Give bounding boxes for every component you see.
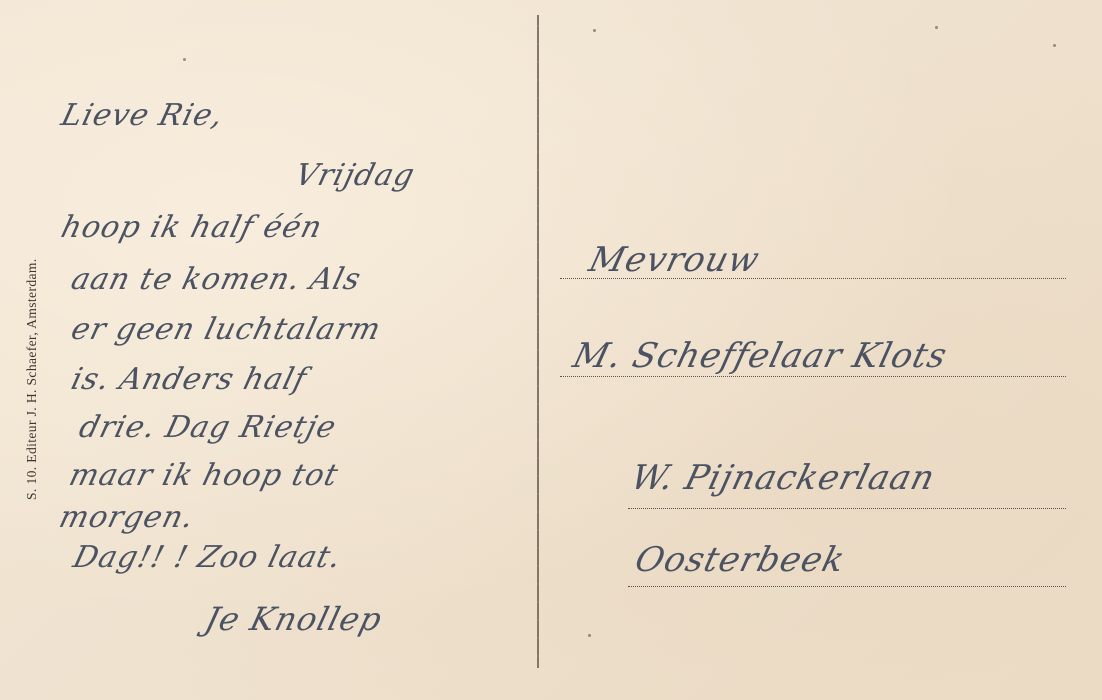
- address-dotted-line: [628, 586, 1066, 587]
- message-line: aan te komen. Als: [68, 262, 365, 297]
- message-line: morgen.: [56, 500, 198, 535]
- address-line-name: M. Scheffelaar Klots: [569, 336, 951, 376]
- address-line-salutation: Mevrouw: [585, 240, 764, 280]
- paper-speck: [183, 58, 186, 61]
- message-line: hoop ik half één: [58, 210, 326, 245]
- message-line: maar ik hoop tot: [66, 458, 342, 493]
- message-line: Dag!! ! Zoo laat.: [70, 540, 346, 575]
- message-line: Lieve Rie,: [58, 98, 228, 133]
- paper-speck: [1053, 44, 1056, 47]
- message-line: Vrijdag: [292, 158, 419, 193]
- message-line: is. Anders half: [68, 362, 311, 397]
- paper-speck: [593, 29, 596, 32]
- message-line: er geen luchtalarm: [68, 312, 385, 347]
- signature: Je Knollep: [201, 600, 386, 638]
- paper-speck: [588, 634, 591, 637]
- address-dotted-line: [560, 376, 1066, 377]
- address-dotted-line: [628, 508, 1066, 509]
- paper-speck: [935, 26, 938, 29]
- publisher-imprint: S. 10. Editeur J. H. Schaefer, Amsterdam…: [24, 60, 44, 500]
- postcard-back: S. 10. Editeur J. H. Schaefer, Amsterdam…: [0, 0, 1102, 700]
- address-line-city: Oosterbeek: [631, 540, 849, 580]
- center-divider-line: [537, 15, 539, 668]
- message-line: drie. Dag Rietje: [76, 410, 340, 445]
- address-line-street: W. Pijnackerlaan: [627, 458, 939, 498]
